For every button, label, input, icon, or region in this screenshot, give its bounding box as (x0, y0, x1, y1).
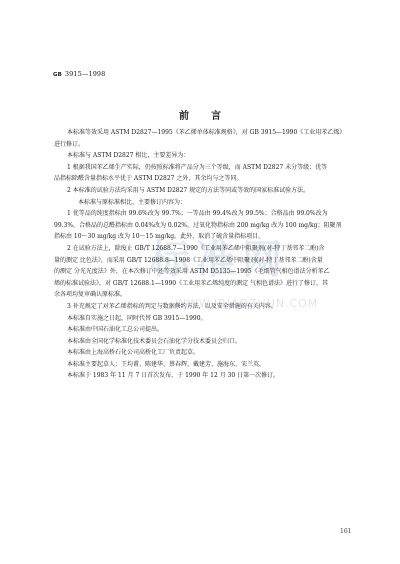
text-line: 本标准主要起草人：王均甫、陈建华、蔡春辉、戴建芳、施海东、宋兰英。 (54, 359, 350, 371)
title-char: 言 (211, 107, 221, 122)
standard-code: GB3915—1998 (53, 70, 105, 78)
text-line: 3 补充规定了对苯乙烯指标的判定与数据修约方法，以及安全措施的有关内容。 (54, 301, 350, 313)
text-line: 本标准等效采用 ASTM D2827—1995《苯乙烯单体标准规格》，对 GB … (54, 127, 350, 139)
text-line: 1 优等品的纯度指标由 99.6%改为 99.7%；一等品由 99.4%改为 9… (54, 208, 350, 220)
text-line: 本标准自实施之日起，同时代替 GB 3915—1990。 (54, 313, 350, 325)
text-line: 量的测定 比色法》，而采用 GB/T 12688.8—1998《工业用苯乙烯中阻… (54, 255, 350, 267)
foreword-body: 本标准等效采用 ASTM D2827—1995《苯乙烯单体标准规格》，对 GB … (54, 127, 350, 382)
text-line: 本标准由中国石油化工总公司提出。 (54, 324, 350, 336)
text-line: 本标准由上海高桥石化公司高桥化工厂负责起草。 (54, 347, 350, 359)
text-line: 本标准由全国化学标准化技术委员会石油化学分技术委员会归口。 (54, 336, 350, 348)
text-line: 指标由 10～30 mg/kg 改为 10～15 mg/kg。此外，取消了硫含量… (54, 231, 350, 243)
text-line: 的测定 分光光度法》外，在本次修订中还等效采用 ASTM D5135—1995《… (54, 266, 350, 278)
standard-number: 3915—1998 (65, 70, 105, 78)
text-line: 2 本标准的试验方法均采用与 ASTM D2827 规定的方法等同或等效的国家标… (54, 185, 350, 197)
text-line: 2 在试验方法上，除废止 GB/T 12688.7—1990《工业用苯乙烯中阻聚… (54, 243, 350, 255)
text-line: 烯的标准试验法》，对 GB/T 12688.1—1990《工业用苯乙烯纯度的测定… (54, 278, 350, 290)
text-line: 进行修订。 (54, 139, 350, 151)
title-char: 前 (179, 107, 189, 122)
text-line: 99.3%，合格品的总醛指标由 0.04%改为 0.02%，过氧化物指标由 20… (54, 220, 350, 232)
text-line: 品指标除醛含量指标水平优于 ASTM D2827 之外，其余均与之等同。 (54, 173, 350, 185)
text-line: 本标准于 1983 年 11 月 7 日首次发布，于 1990 年 12 月 3… (54, 370, 350, 382)
page-number: 161 (340, 528, 351, 535)
text-line: 本标准与原标准相比，主要修订内容为： (54, 197, 350, 209)
page-title: 前言 (0, 107, 400, 122)
text-line: 本标准与 ASTM D2827 相比，主要差异为： (54, 150, 350, 162)
text-line: 1 根据我国苯乙烯生产实际，仍按照标准将产品分为三个等级，而 ASTM D282… (54, 162, 350, 174)
text-line: 余各项均复审确认原标准。 (54, 289, 350, 301)
standard-prefix: GB (53, 72, 62, 78)
